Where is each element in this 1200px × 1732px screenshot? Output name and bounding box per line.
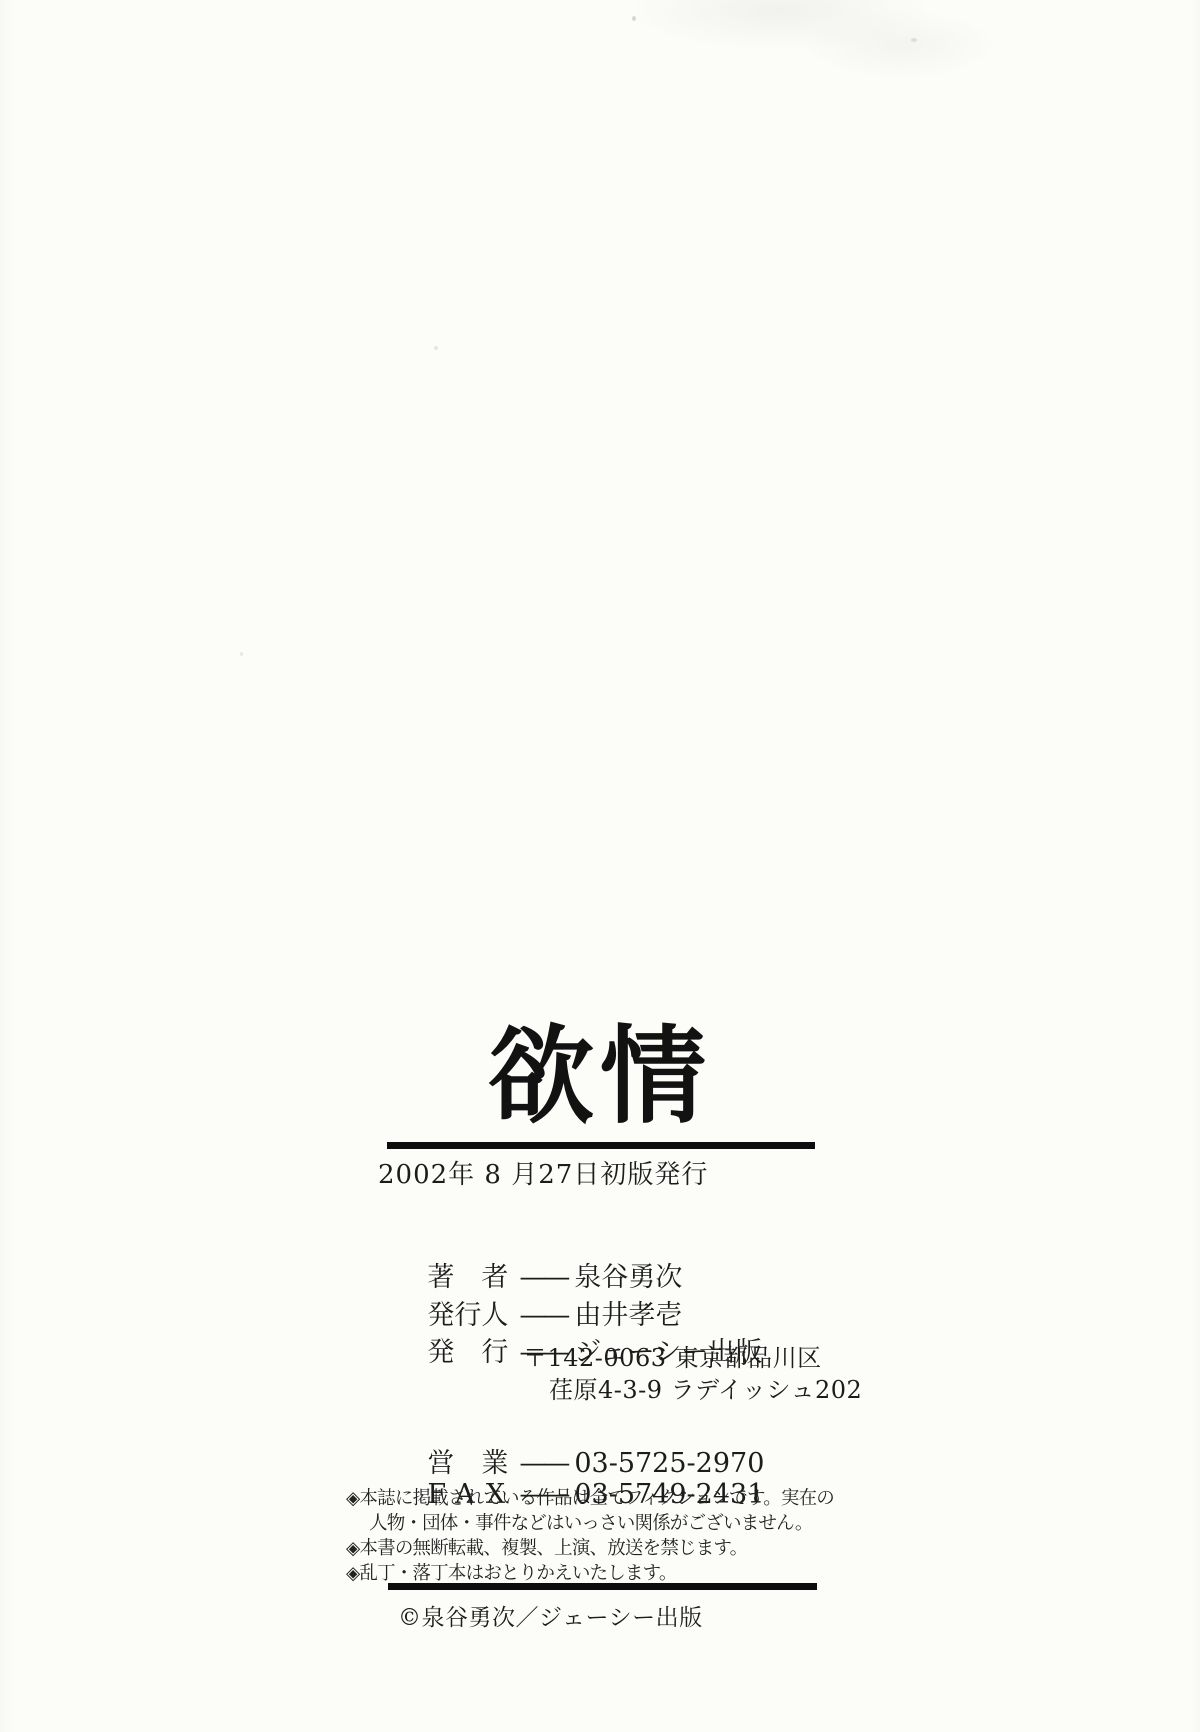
colophon-page: 欲情 2002年 8 月27日初版発行 著 者——泉谷勇次 発行人——由井孝壱 … — [0, 0, 1200, 1732]
paper-speck — [240, 652, 243, 656]
edition-date-line: 2002年 8 月27日初版発行 — [378, 1154, 708, 1191]
paper-speck — [434, 346, 438, 350]
book-title: 欲情 — [0, 1018, 1200, 1135]
paper-speck — [911, 38, 917, 42]
publisher-label: 発 行 — [427, 1330, 519, 1369]
fiction-disclaimer-line2: 人物・団体・事件などはいっさい関係がございません。 — [369, 1509, 813, 1535]
paper-speck — [632, 16, 636, 21]
defective-copy-notice: ◈乱丁・落丁本はおとりかえいたします。 — [346, 1559, 677, 1585]
copyright-line: ©泉谷勇次／ジェーシー出版 — [398, 1599, 703, 1632]
title-underline-rule — [387, 1142, 815, 1149]
fiction-disclaimer-line1: ◈本誌に掲載されている作品は全てフィクションです。実在の — [346, 1484, 834, 1510]
no-reproduction-notice: ◈本書の無断転載、複製、上演、放送を禁じます。 — [346, 1534, 747, 1560]
footer-rule — [388, 1583, 817, 1590]
publisher-address-line1: 〒142-0063 東京都品川区 — [523, 1338, 822, 1373]
publisher-address-line2: 荏原4-3-9 ラデイッシュ202 — [549, 1370, 862, 1405]
